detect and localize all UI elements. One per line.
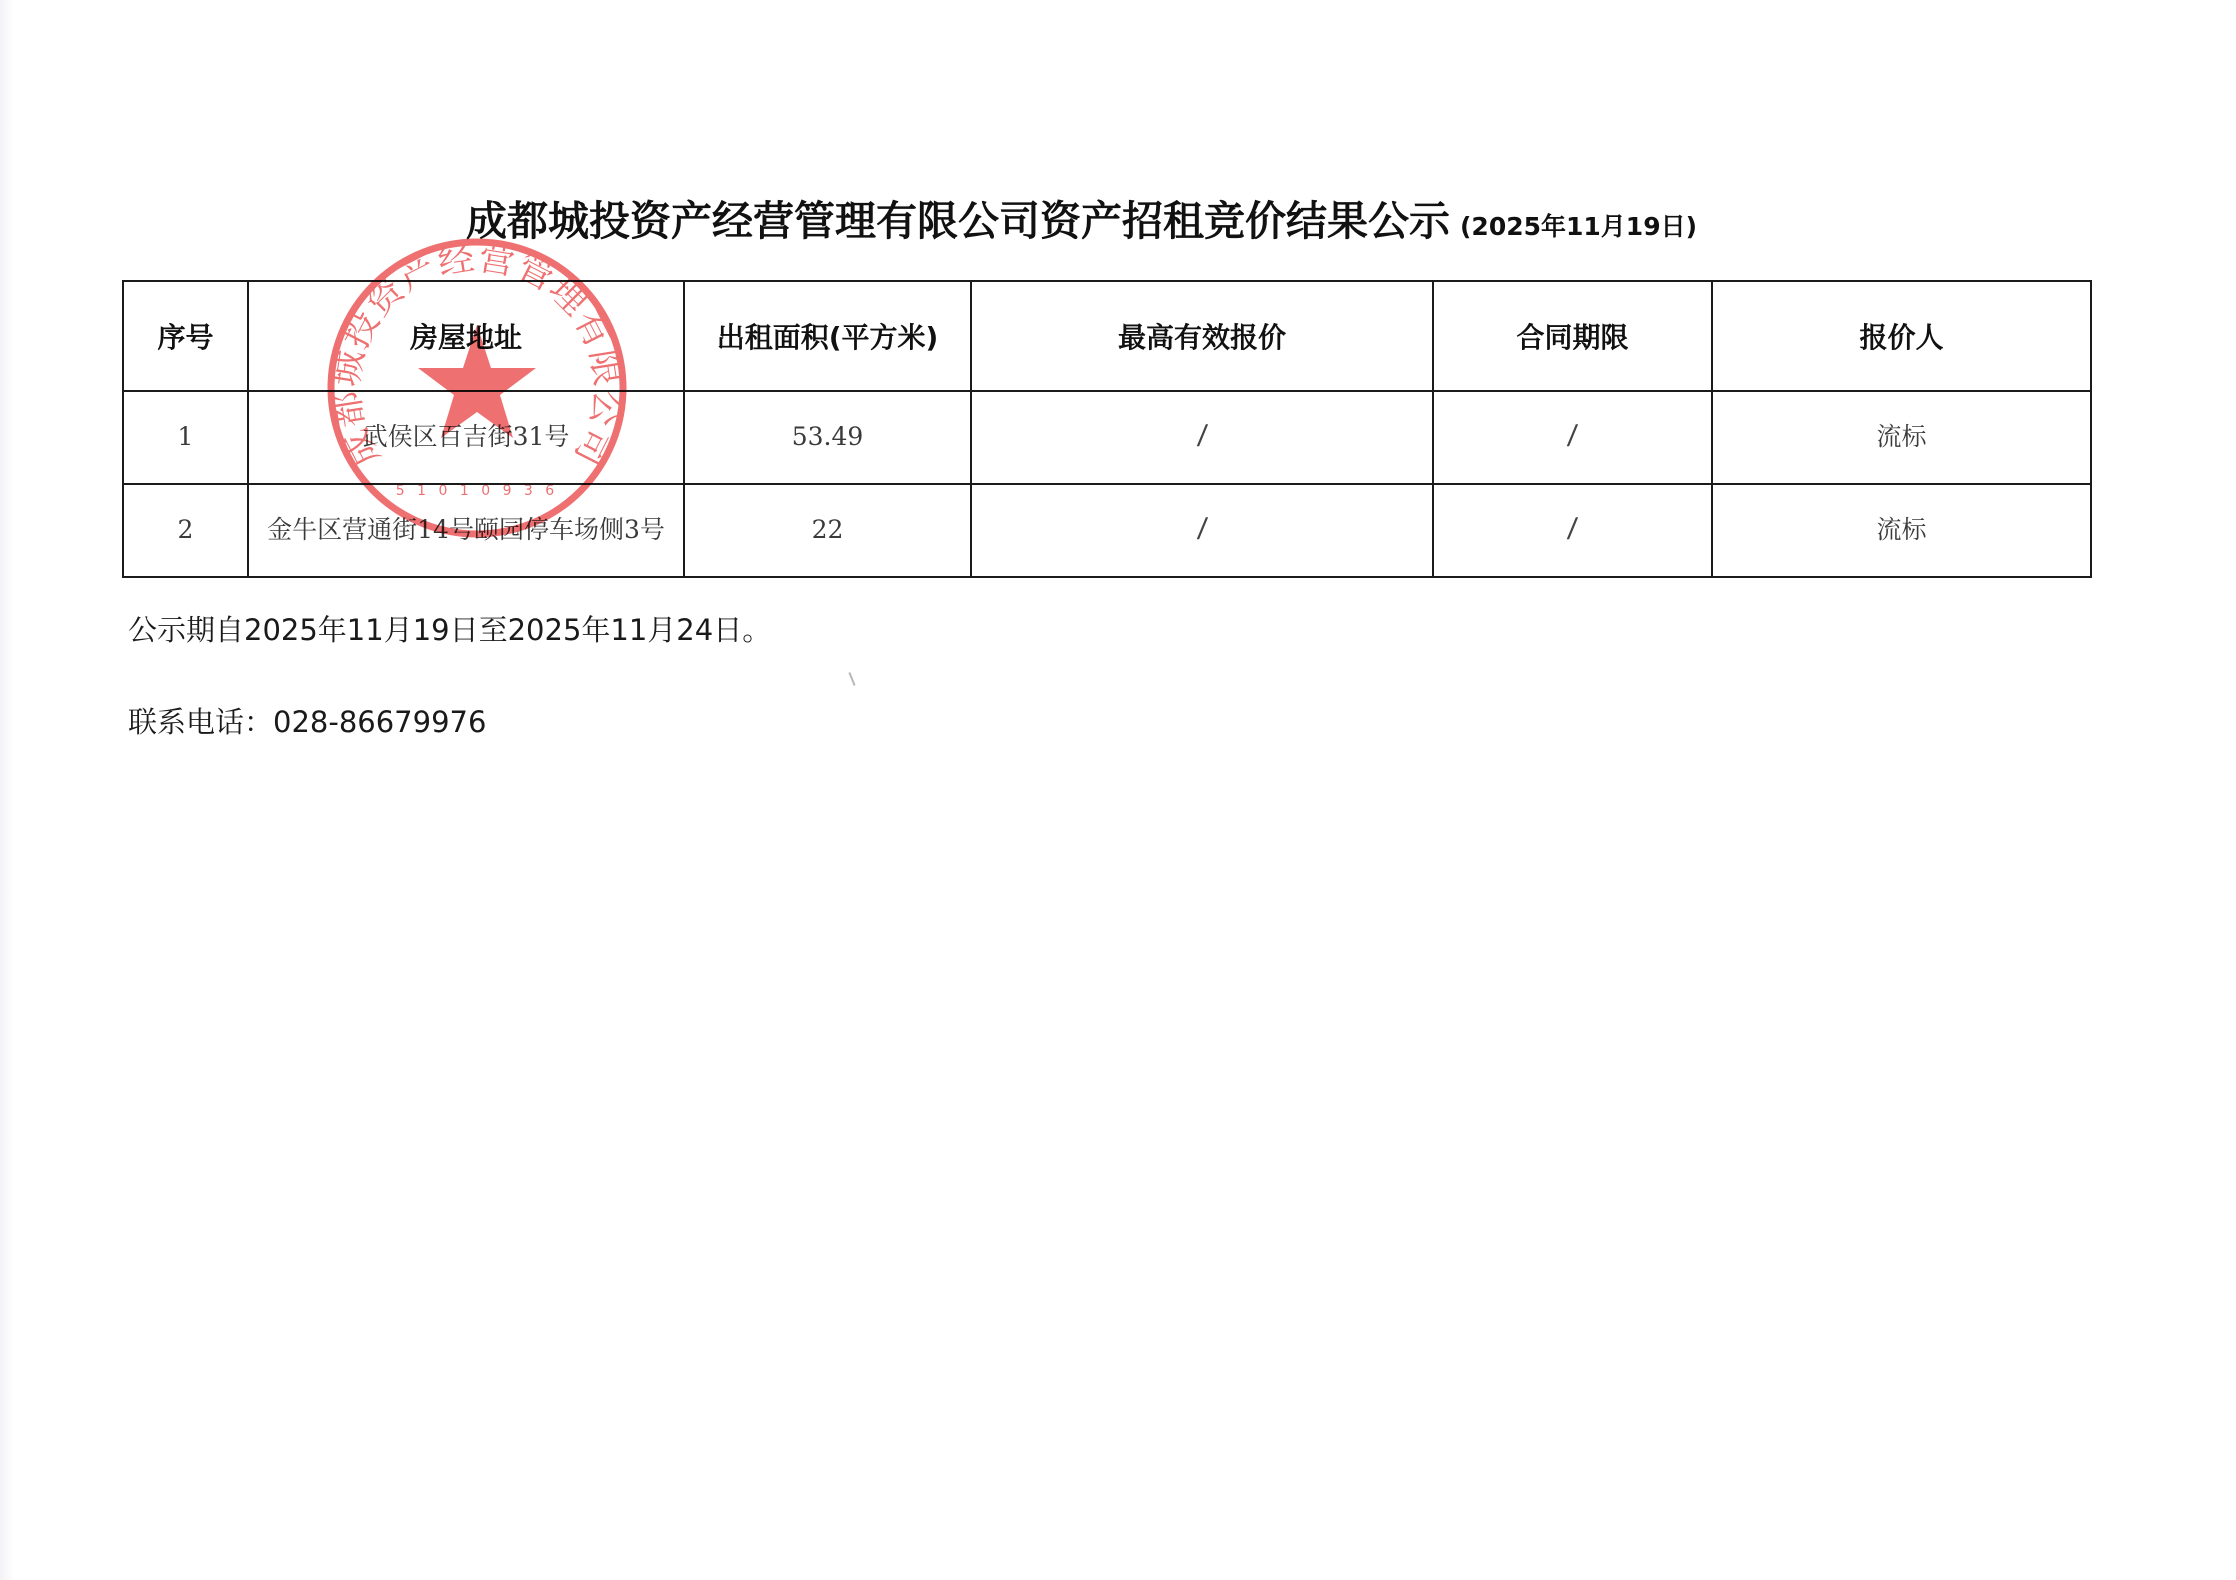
header-highest-bid: 最高有效报价 <box>971 281 1433 391</box>
header-address: 房屋地址 <box>248 281 684 391</box>
header-area: 出租面积(平方米) <box>684 281 971 391</box>
cell-bidder: 流标 <box>1712 484 2091 577</box>
title-main: 成都城投资产经营管理有限公司资产招租竞价结果公示 <box>466 188 1450 247</box>
table-row: 2 金牛区营通街14号颐园停车场侧3号 22 / / 流标 <box>123 484 2091 577</box>
header-contract-term: 合同期限 <box>1433 281 1712 391</box>
header-bidder: 报价人 <box>1712 281 2091 391</box>
cell-area: 22 <box>684 484 971 577</box>
scan-page-edge <box>0 0 14 1580</box>
auction-results-table: 序号 房屋地址 出租面积(平方米) 最高有效报价 合同期限 报价人 1 武侯区百… <box>122 280 2092 578</box>
cell-contract-term-value: / <box>1566 419 1579 456</box>
header-index: 序号 <box>123 281 248 391</box>
contact-phone-note: 联系电话：028-86679976 <box>128 700 486 741</box>
table-row: 1 武侯区百吉街31号 53.49 / / 流标 <box>123 391 2091 484</box>
cell-contract-term-value: / <box>1566 512 1579 549</box>
cell-contract-term: / <box>1433 391 1712 484</box>
scan-artifact-mark <box>848 672 855 686</box>
cell-highest-bid-value: / <box>1195 512 1208 549</box>
cell-address: 金牛区营通街14号颐园停车场侧3号 <box>248 484 684 577</box>
table-header-row: 序号 房屋地址 出租面积(平方米) 最高有效报价 合同期限 报价人 <box>123 281 2091 391</box>
publicity-period-note: 公示期自2025年11月19日至2025年11月24日。 <box>128 608 771 649</box>
cell-highest-bid: / <box>971 484 1433 577</box>
cell-area: 53.49 <box>684 391 971 484</box>
cell-index: 2 <box>123 484 248 577</box>
cell-highest-bid-value: / <box>1195 419 1208 456</box>
title-date: (2025年11月19日) <box>1460 207 1697 243</box>
cell-address: 武侯区百吉街31号 <box>248 391 684 484</box>
cell-contract-term: / <box>1433 484 1712 577</box>
cell-index: 1 <box>123 391 248 484</box>
document-title: 成都城投资产经营管理有限公司资产招租竞价结果公示 (2025年11月19日) <box>466 188 1697 247</box>
cell-highest-bid: / <box>971 391 1433 484</box>
cell-bidder: 流标 <box>1712 391 2091 484</box>
